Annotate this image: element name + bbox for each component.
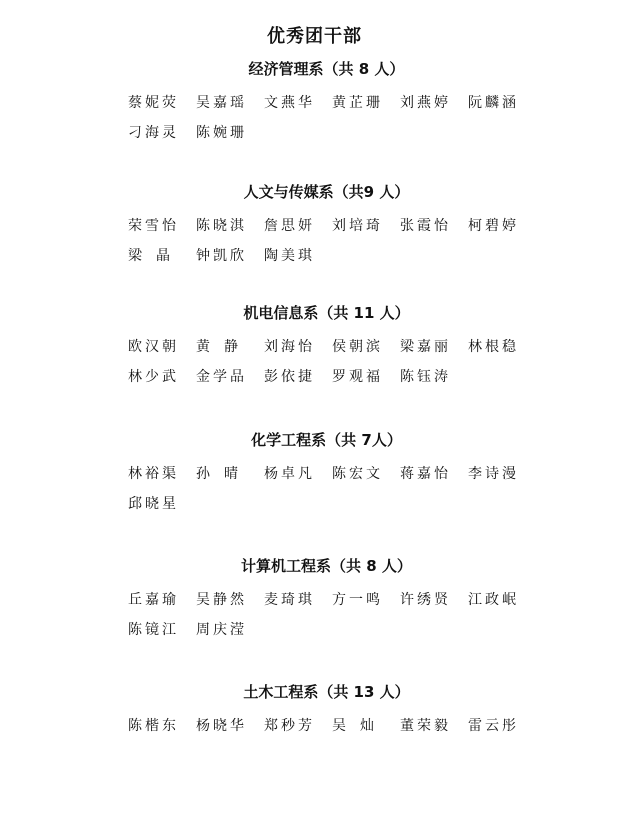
person-name: 柯碧婷 (468, 211, 536, 241)
name-list: 陈楷东杨晓华郑秒芳吴灿董荣毅雷云彤 (128, 710, 548, 740)
person-name: 周庆滢 (196, 615, 264, 645)
person-name: 黄静 (196, 332, 264, 362)
person-name: 陈楷东 (128, 711, 196, 741)
person-name: 陈镜江 (128, 615, 196, 645)
person-name: 荣雪怡 (128, 211, 196, 241)
person-name: 蔡妮荧 (128, 88, 196, 118)
name-row: 陈镜江周庆滢 (128, 614, 548, 644)
person-name: 刁海灵 (128, 118, 196, 148)
name-row: 邱晓星 (128, 488, 548, 518)
person-name: 吴灿 (332, 711, 400, 741)
person-name: 林少武 (128, 362, 196, 392)
person-name: 刘海怡 (264, 332, 332, 362)
name-row: 刁海灵陈婉珊 (128, 117, 548, 147)
person-name: 许绣贤 (400, 585, 468, 615)
department-heading: 土木工程系（共 13 人） (0, 680, 629, 704)
person-name: 雷云彤 (468, 711, 536, 741)
person-name: 方一鸣 (332, 585, 400, 615)
name-row: 蔡妮荧吴嘉瑶文燕华黄芷珊刘燕婷阮麟涵 (128, 87, 548, 117)
person-name: 林根稳 (468, 332, 536, 362)
person-name: 陈宏文 (332, 459, 400, 489)
person-name: 董荣毅 (400, 711, 468, 741)
person-name: 陈钰涛 (400, 362, 468, 392)
person-name: 金学品 (196, 362, 264, 392)
person-name: 刘培琦 (332, 211, 400, 241)
person-name: 阮麟涵 (468, 88, 536, 118)
person-name: 孙晴 (196, 459, 264, 489)
person-name: 麦琦琪 (264, 585, 332, 615)
person-name: 蒋嘉怡 (400, 459, 468, 489)
person-name: 詹思妍 (264, 211, 332, 241)
person-name: 杨卓凡 (264, 459, 332, 489)
name-row: 丘嘉瑜吴静然麦琦琪方一鸣许绣贤江政岷 (128, 584, 548, 614)
person-name: 欧汉朝 (128, 332, 196, 362)
department-heading: 化学工程系（共 7人） (0, 428, 629, 452)
name-list: 荣雪怡陈晓淇詹思妍刘培琦张霞怡柯碧婷梁晶钟凯欣陶美琪 (128, 210, 548, 270)
person-name: 彭依捷 (264, 362, 332, 392)
department-heading: 人文与传媒系（共9 人） (0, 180, 629, 204)
person-name: 郑秒芳 (264, 711, 332, 741)
name-list: 林裕渠孙晴杨卓凡陈宏文蒋嘉怡李诗漫邱晓星 (128, 458, 548, 518)
department-section: 经济管理系（共 8 人）蔡妮荧吴嘉瑶文燕华黄芷珊刘燕婷阮麟涵刁海灵陈婉珊 (0, 57, 629, 147)
department-section: 土木工程系（共 13 人）陈楷东杨晓华郑秒芳吴灿董荣毅雷云彤 (0, 680, 629, 740)
person-name: 陈婉珊 (196, 118, 264, 148)
person-name: 罗观福 (332, 362, 400, 392)
person-name: 陶美琪 (264, 241, 332, 271)
name-list: 欧汉朝黄静刘海怡侯朝滨梁嘉丽林根稳林少武金学品彭依捷罗观福陈钰涛 (128, 331, 548, 391)
person-name: 江政岷 (468, 585, 536, 615)
person-name: 梁嘉丽 (400, 332, 468, 362)
department-section: 化学工程系（共 7人）林裕渠孙晴杨卓凡陈宏文蒋嘉怡李诗漫邱晓星 (0, 428, 629, 518)
person-name: 邱晓星 (128, 489, 196, 519)
name-row: 荣雪怡陈晓淇詹思妍刘培琦张霞怡柯碧婷 (128, 210, 548, 240)
person-name: 杨晓华 (196, 711, 264, 741)
name-row: 林裕渠孙晴杨卓凡陈宏文蒋嘉怡李诗漫 (128, 458, 548, 488)
department-section: 机电信息系（共 11 人）欧汉朝黄静刘海怡侯朝滨梁嘉丽林根稳林少武金学品彭依捷罗… (0, 301, 629, 391)
person-name: 钟凯欣 (196, 241, 264, 271)
department-section: 人文与传媒系（共9 人）荣雪怡陈晓淇詹思妍刘培琦张霞怡柯碧婷梁晶钟凯欣陶美琪 (0, 180, 629, 270)
document-title: 优秀团干部 (0, 22, 629, 48)
department-heading: 计算机工程系（共 8 人） (0, 554, 629, 578)
department-section: 计算机工程系（共 8 人）丘嘉瑜吴静然麦琦琪方一鸣许绣贤江政岷陈镜江周庆滢 (0, 554, 629, 644)
name-row: 林少武金学品彭依捷罗观福陈钰涛 (128, 361, 548, 391)
person-name: 梁晶 (128, 241, 196, 271)
person-name: 黄芷珊 (332, 88, 400, 118)
department-heading: 机电信息系（共 11 人） (0, 301, 629, 325)
person-name: 陈晓淇 (196, 211, 264, 241)
person-name: 侯朝滨 (332, 332, 400, 362)
department-heading: 经济管理系（共 8 人） (0, 57, 629, 81)
person-name: 林裕渠 (128, 459, 196, 489)
name-list: 蔡妮荧吴嘉瑶文燕华黄芷珊刘燕婷阮麟涵刁海灵陈婉珊 (128, 87, 548, 147)
person-name: 吴静然 (196, 585, 264, 615)
person-name: 文燕华 (264, 88, 332, 118)
person-name: 李诗漫 (468, 459, 536, 489)
name-row: 欧汉朝黄静刘海怡侯朝滨梁嘉丽林根稳 (128, 331, 548, 361)
person-name: 刘燕婷 (400, 88, 468, 118)
person-name: 吴嘉瑶 (196, 88, 264, 118)
name-row: 陈楷东杨晓华郑秒芳吴灿董荣毅雷云彤 (128, 710, 548, 740)
name-row: 梁晶钟凯欣陶美琪 (128, 240, 548, 270)
person-name: 张霞怡 (400, 211, 468, 241)
name-list: 丘嘉瑜吴静然麦琦琪方一鸣许绣贤江政岷陈镜江周庆滢 (128, 584, 548, 644)
person-name: 丘嘉瑜 (128, 585, 196, 615)
